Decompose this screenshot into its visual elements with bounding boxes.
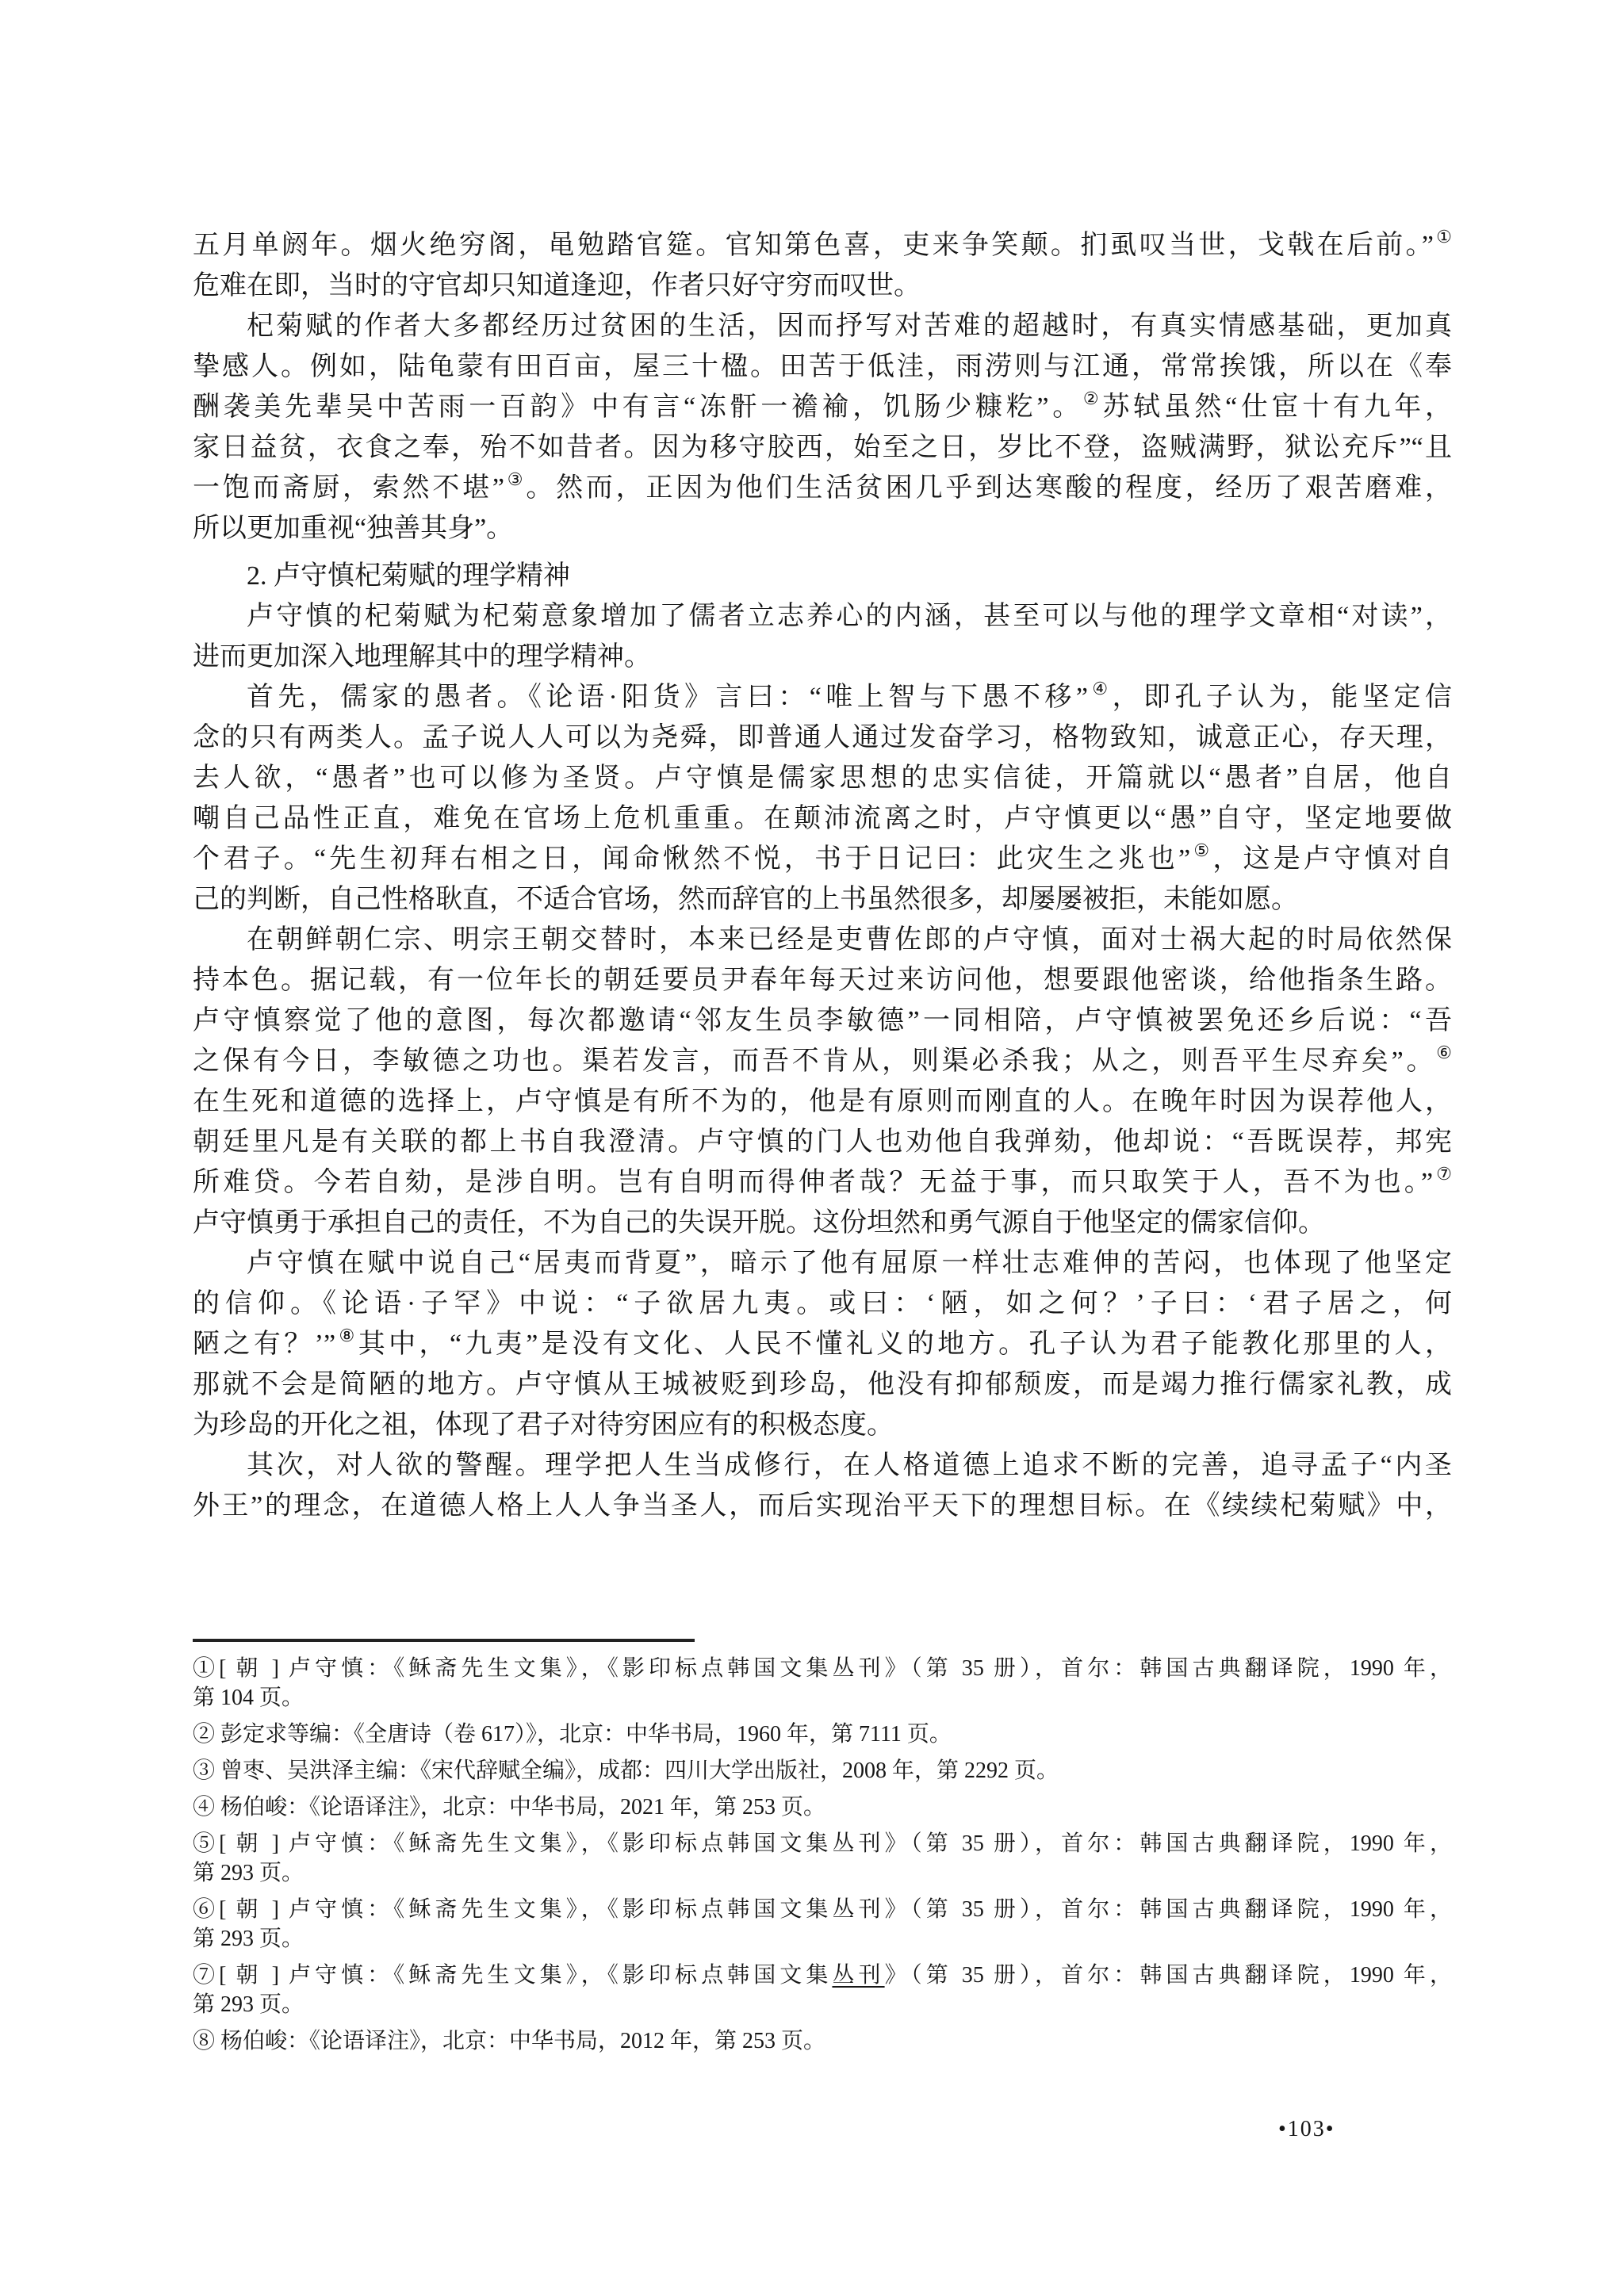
text-line: 卢守慎的杞菊赋为杞菊意象增加了儒者立志养心的内涵，甚至可以与他的理学文章相“对读…	[193, 596, 1452, 637]
text-line: 首先，儒家的愚者。《论语·阳货》言曰：“唯上智与下愚不移”④，即孔子认为，能坚定…	[193, 677, 1452, 717]
text-line: 挚感人。例如，陆龟蒙有田百亩，屋三十楹。田苦于低洼，雨涝则与江通，常常挨饿，所以…	[193, 346, 1452, 387]
footnote: ② 彭定求等编：《全唐诗（卷 617）》，北京：中华书局，1960 年，第 71…	[193, 1720, 1452, 1749]
footnote: ③ 曾枣、吴洪泽主编：《宋代辞赋全编》，成都：四川大学出版社，2008 年，第 …	[193, 1756, 1452, 1785]
footnote: ⑦[ 朝 ] 卢守慎：《稣斋先生文集》，《影印标点韩国文集丛刊》（第 35 册）…	[193, 1961, 1452, 2019]
footnote-line: ② 彭定求等编：《全唐诗（卷 617）》，北京：中华书局，1960 年，第 71…	[193, 1720, 1452, 1749]
text-line: 己的判断，自己性格耿直，不适合官场，然而辞官的上书虽然很多，却屡屡被拒，未能如愿…	[193, 879, 1452, 920]
text-line: 去人欲，“愚者”也可以修为圣贤。卢守慎是儒家思想的忠实信徒，开篇就以“愚者”自居…	[193, 758, 1452, 798]
paragraph: 杞菊赋的作者大多都经历过贫困的生活，因而抒写对苦难的超越时，有真实情感基础，更加…	[193, 306, 1452, 549]
footnote-line: ⑤[ 朝 ] 卢守慎：《稣斋先生文集》，《影印标点韩国文集丛刊》（第 35 册）…	[193, 1829, 1452, 1858]
text-line: 的信仰。《论语·子罕》中说：“子欲居九夷。或曰：‘陋，如之何？’子曰：‘君子居之…	[193, 1284, 1452, 1324]
text-line: 在朝鲜朝仁宗、明宗王朝交替时，本来已经是吏曹佐郎的卢守慎，面对士祸大起的时局依然…	[193, 920, 1452, 960]
text-line: 进而更加深入地理解其中的理学精神。	[193, 637, 1452, 677]
text-line: 其次，对人欲的警醒。理学把人生当成修行，在人格道德上追求不断的完善，追寻孟子“内…	[193, 1445, 1452, 1486]
footnote: ④ 杨伯峻：《论语译注》，北京：中华书局，2021 年，第 253 页。	[193, 1793, 1452, 1822]
text-line: 家日益贫，衣食之奉，殆不如昔者。因为移守胶西，始至之日，岁比不登，盗贼满野，狱讼…	[193, 427, 1452, 468]
text-line: 五月单阏年。烟火绝穷阁，黾勉踏官筵。官知第色喜，吏来争笑颠。扪虱叹当世，戈戟在后…	[193, 225, 1452, 266]
footnote: ⑥[ 朝 ] 卢守慎：《稣斋先生文集》，《影印标点韩国文集丛刊》（第 35 册）…	[193, 1895, 1452, 1954]
paragraph: 在朝鲜朝仁宗、明宗王朝交替时，本来已经是吏曹佐郎的卢守慎，面对士祸大起的时局依然…	[193, 920, 1452, 1243]
text-line: 所以更加重视“独善其身”。	[193, 508, 1452, 549]
text-line: 酬袭美先辈吴中苦雨一百韵》中有言“冻骭一襜褕，饥肠少糠籺”。②苏轼虽然“仕宦十有…	[193, 387, 1452, 427]
text-line: 个君子。“先生初拜右相之日，闻命愀然不悦，书于日记曰：此灾生之兆也”⑤，这是卢守…	[193, 839, 1452, 879]
footnote-ref: ①	[1434, 227, 1452, 247]
text-line: 卢守慎勇于承担自己的责任，不为自己的失误开脱。这份坦然和勇气源自于他坚定的儒家信…	[193, 1203, 1452, 1243]
footnote-ref: ⑧	[335, 1326, 358, 1345]
text-line: 外王”的理念，在道德人格上人人争当圣人，而后实现治平天下的理想目标。在《续续杞菊…	[193, 1486, 1452, 1526]
footnote: ⑤[ 朝 ] 卢守慎：《稣斋先生文集》，《影印标点韩国文集丛刊》（第 35 册）…	[193, 1829, 1452, 1888]
footnote-line: ④ 杨伯峻：《论语译注》，北京：中华书局，2021 年，第 253 页。	[193, 1793, 1452, 1822]
footnote-line: 第 104 页。	[193, 1683, 1452, 1712]
text-line: 陋之有？’”⑧其中，“九夷”是没有文化、人民不懂礼义的地方。孔子认为君子能教化那…	[193, 1324, 1452, 1364]
footnote-line: 第 293 页。	[193, 1924, 1452, 1954]
text-line: 念的只有两类人。孟子说人人可以为尧舜，即普通人通过发奋学习，格物致知，诚意正心，…	[193, 717, 1452, 758]
text-line: 卢守慎察觉了他的意图，每次都邀请“邻友生员李敏德”一同相陪，卢守慎被罢免还乡后说…	[193, 1001, 1452, 1041]
footnote: ⑧ 杨伯峻：《论语译注》，北京：中华书局，2012 年，第 253 页。	[193, 2026, 1452, 2056]
footnote-line: ③ 曾枣、吴洪泽主编：《宋代辞赋全编》，成都：四川大学出版社，2008 年，第 …	[193, 1756, 1452, 1785]
footnote-line: ⑧ 杨伯峻：《论语译注》，北京：中华书局，2012 年，第 253 页。	[193, 2026, 1452, 2056]
paragraph: 卢守慎在赋中说自己“居夷而背夏”，暗示了他有屈原一样壮志难伸的苦闷，也体现了他坚…	[193, 1243, 1452, 1445]
text-line: 之保有今日，李敏德之功也。渠若发言，而吾不肯从，则渠必杀我；从之，则吾平生尽弃矣…	[193, 1041, 1452, 1081]
section-heading: 2. 卢守慎杞菊赋的理学精神	[193, 556, 1452, 596]
footnote-ref: ⑦	[1433, 1164, 1452, 1184]
footnote-separator	[193, 1639, 695, 1642]
paragraph: 首先，儒家的愚者。《论语·阳货》言曰：“唯上智与下愚不移”④，即孔子认为，能坚定…	[193, 677, 1452, 920]
footnote-ref: ④	[1088, 679, 1113, 698]
footnote-ref: ③	[504, 469, 526, 489]
text-line: 一饱而斋厨，索然不堪”③。然而，正因为他们生活贫困几乎到达寒酸的程度，经历了艰苦…	[193, 468, 1452, 508]
text-line: 危难在即，当时的守官却只知道逢迎，作者只好守穷而叹世。	[193, 266, 1452, 306]
text-line: 为珍岛的开化之祖，体现了君子对待穷困应有的积极态度。	[193, 1405, 1452, 1445]
paragraph: 其次，对人欲的警醒。理学把人生当成修行，在人格道德上追求不断的完善，追寻孟子“内…	[193, 1445, 1452, 1526]
footnote-line: ⑦[ 朝 ] 卢守慎：《稣斋先生文集》，《影印标点韩国文集丛刊》（第 35 册）…	[193, 1961, 1452, 1990]
text-line: 在生死和道德的选择上，卢守慎是有所不为的，他是有原则而刚直的人。在晚年时因为误荐…	[193, 1081, 1452, 1122]
footnote-ref: ⑤	[1190, 840, 1212, 860]
text-line: 那就不会是简陋的地方。卢守慎从王城被贬到珍岛，他没有抑郁颓废，而是竭力推行儒家礼…	[193, 1364, 1452, 1405]
paragraph: 卢守慎的杞菊赋为杞菊意象增加了儒者立志养心的内涵，甚至可以与他的理学文章相“对读…	[193, 596, 1452, 677]
article-body: 五月单阏年。烟火绝穷阁，黾勉踏官筵。官知第色喜，吏来争笑颠。扪虱叹当世，戈戟在后…	[193, 225, 1452, 1526]
document-page: 五月单阏年。烟火绝穷阁，黾勉踏官筵。官知第色喜，吏来争笑颠。扪虱叹当世，戈戟在后…	[0, 0, 1624, 2296]
text-line: 卢守慎在赋中说自己“居夷而背夏”，暗示了他有屈原一样壮志难伸的苦闷，也体现了他坚…	[193, 1243, 1452, 1284]
footnote-line: 第 293 页。	[193, 1990, 1452, 2019]
footnote: ①[ 朝 ] 卢守慎：《稣斋先生文集》，《影印标点韩国文集丛刊》（第 35 册）…	[193, 1654, 1452, 1712]
footnote-section: ①[ 朝 ] 卢守慎：《稣斋先生文集》，《影印标点韩国文集丛刊》（第 35 册）…	[193, 1654, 1452, 2063]
text-line: 朝廷里凡是有关联的都上书自我澄清。卢守慎的门人也劝他自我弹劾，他却说：“吾既误荐…	[193, 1122, 1452, 1162]
text-line: 杞菊赋的作者大多都经历过贫困的生活，因而抒写对苦难的超越时，有真实情感基础，更加…	[193, 306, 1452, 346]
text-line: 持本色。据记载，有一位年长的朝廷要员尹春年每天过来访问他，想要跟他密谈，给他指条…	[193, 960, 1452, 1001]
text-line: 2. 卢守慎杞菊赋的理学精神	[193, 556, 1452, 596]
page-number: •103•	[1278, 2117, 1335, 2142]
footnote-line: ①[ 朝 ] 卢守慎：《稣斋先生文集》，《影印标点韩国文集丛刊》（第 35 册）…	[193, 1654, 1452, 1683]
footnote-line: ⑥[ 朝 ] 卢守慎：《稣斋先生文集》，《影印标点韩国文集丛刊》（第 35 册）…	[193, 1895, 1452, 1924]
footnote-ref: ②	[1083, 388, 1102, 408]
footnote-ref: ⑥	[1436, 1043, 1452, 1062]
text-line: 所难贷。今若自劾，是涉自明。岂有自明而得伸者哉？无益于事，而只取笑于人，吾不为也…	[193, 1162, 1452, 1203]
text-line: 嘲自己品性正直，难免在官场上危机重重。在颠沛流离之时，卢守慎更以“愚”自守，坚定…	[193, 798, 1452, 839]
paragraph: 五月单阏年。烟火绝穷阁，黾勉踏官筵。官知第色喜，吏来争笑颠。扪虱叹当世，戈戟在后…	[193, 225, 1452, 306]
footnote-line: 第 293 页。	[193, 1858, 1452, 1888]
